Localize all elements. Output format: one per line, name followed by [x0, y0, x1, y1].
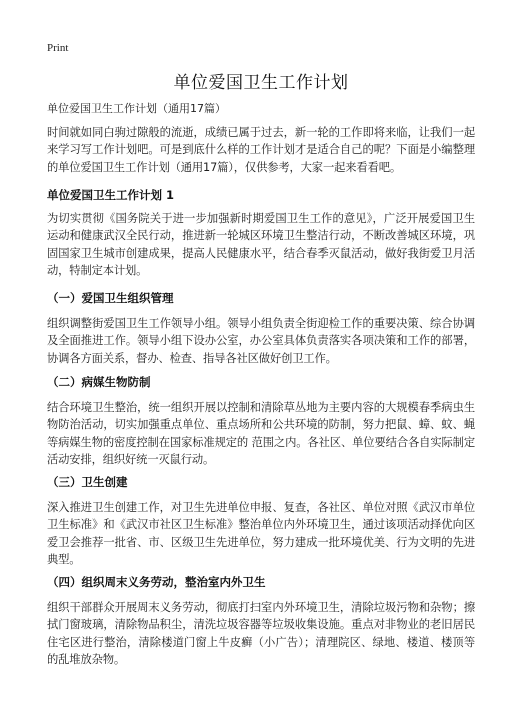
subsection-heading-2: （二）病媒生物防制 [47, 374, 151, 390]
subsection-heading-1: （一）爱国卫生组织管理 [47, 290, 174, 306]
print-label: Print [47, 42, 68, 54]
document-subtitle: 单位爱国卫生工作计划（通用17篇） [47, 100, 226, 116]
subsection-body-4: 组织干部群众开展周末义务劳动，彻底打扫室内外环境卫生，清除垃圾污物和杂物；擦拭门… [47, 599, 475, 668]
section-title: 单位爱国卫生工作计划 1 [47, 187, 174, 203]
subsection-body-2: 结合环境卫生整治，统一组织开展以控制和清除草丛地为主要内容的大规模春季病虫生物防… [47, 399, 475, 468]
subsection-heading-3: （三）卫生创建 [47, 474, 128, 490]
intro-paragraph: 时间就如同白驹过隙般的流逝，成绩已属于过去，新一轮的工作即将来临，让我们一起来学… [47, 124, 475, 176]
subsection-body-3: 深入推进卫生创建工作，对卫生先进单位申报、复查，各社区、单位对照《武汉市单位卫生… [47, 499, 475, 568]
subsection-heading-4: （四）组织周末义务劳动，整治室内外卫生 [47, 574, 266, 590]
subsection-body-1: 组织调整街爱国卫生工作领导小组。领导小组负责全街迎检工作的重要决策、综合协调及全… [47, 315, 475, 367]
section-intro-paragraph: 为切实贯彻《国务院关于进一步加强新时期爱国卫生工作的意见》，广泛开展爱国卫生运动… [47, 210, 475, 279]
document-title: 单位爱国卫生工作计划 [47, 68, 475, 93]
